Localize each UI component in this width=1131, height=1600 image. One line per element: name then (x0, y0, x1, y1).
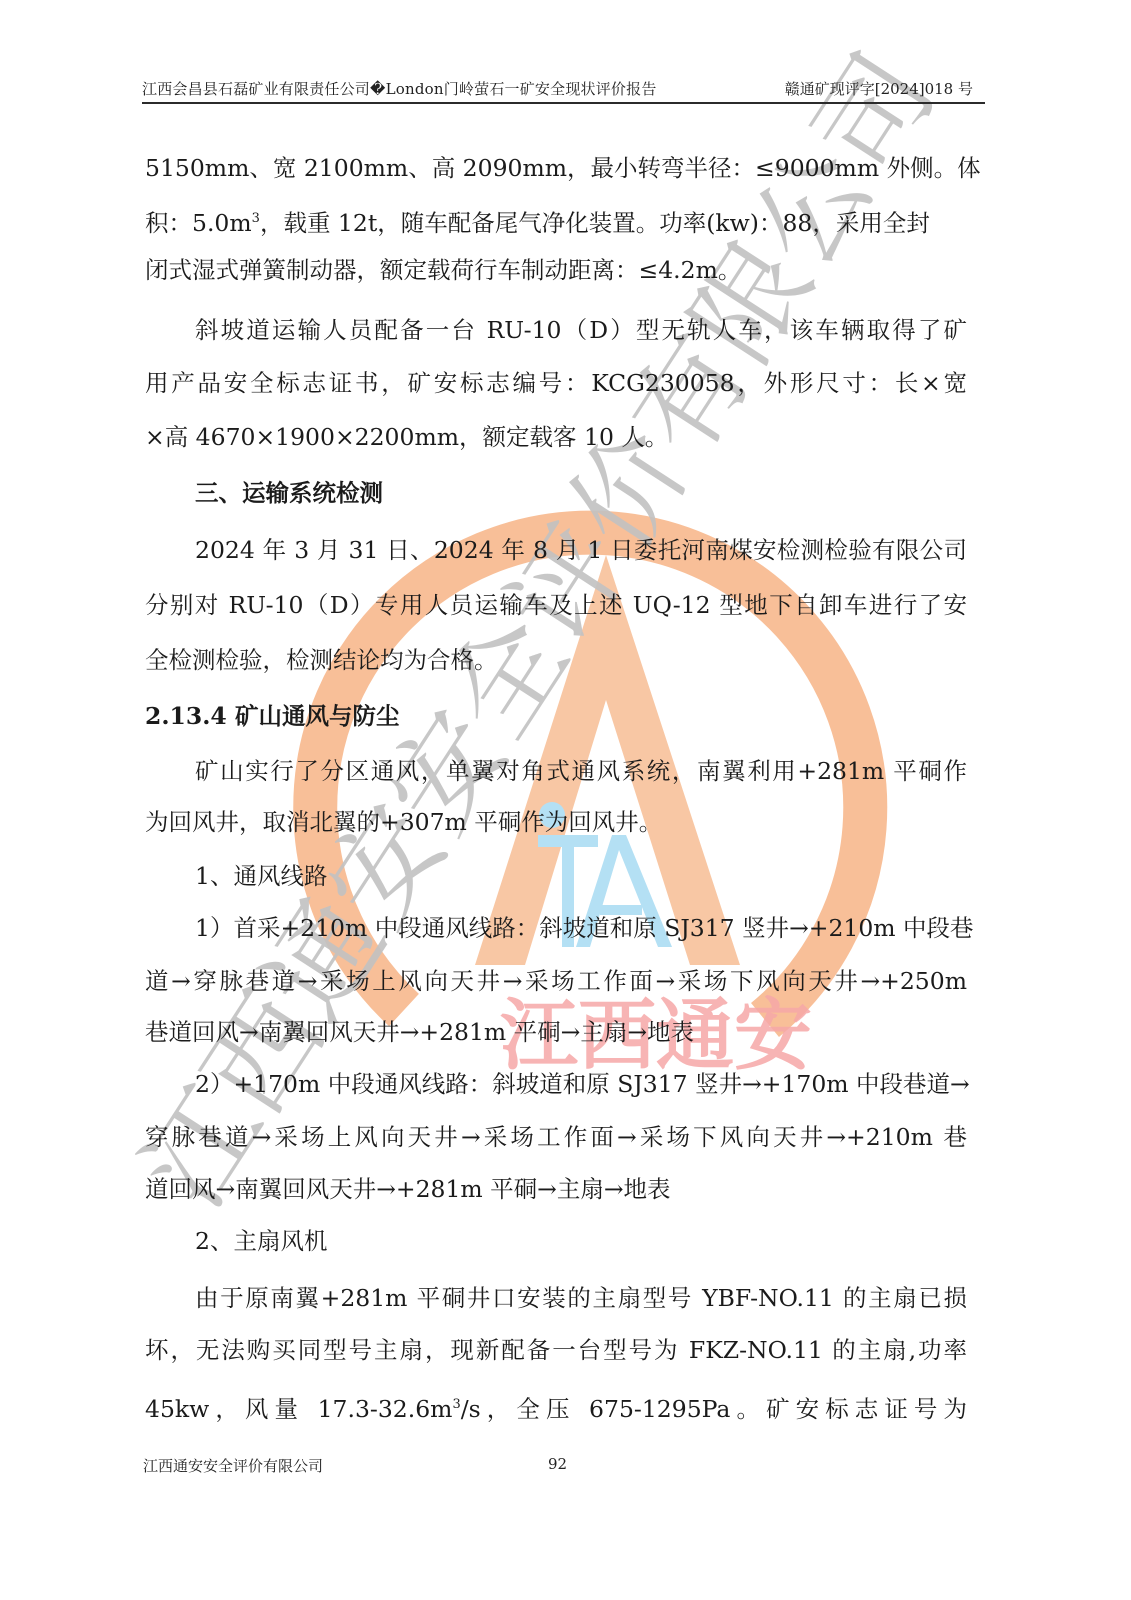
paragraph-line: 由于原南翼+281m 平硐井口安装的主扇型号 YBF-NO.11 的主扇已损 (195, 1283, 967, 1313)
paragraph-line: ×高 4670×1900×2200mm，额定载客 10 人。 (145, 422, 967, 452)
paragraph-line: 2024 年 3 月 31 日、2024 年 8 月 1 日委托河南煤安检测检验… (195, 535, 967, 565)
document-page: 江西通安 江西通安安全评价有限公司 江西会昌县石磊矿业有限责任公司�London… (0, 0, 1131, 1600)
paragraph-line: 分别对 RU-10（D）专用人员运输车及上述 UQ-12 型地下自卸车进行了安 (145, 590, 967, 620)
paragraph-line: 道回风→南翼回风天井→+281m 平硐→主扇→地表 (145, 1174, 967, 1204)
paragraph-line: 5150mm、宽 2100mm、高 2090mm，最小转弯半径：≤9000mm … (145, 153, 967, 183)
footer-company: 江西通安安全评价有限公司 (143, 1455, 323, 1476)
paragraph-line: 全检测检验，检测结论均为合格。 (145, 645, 967, 675)
paragraph-line: 穿脉巷道→采场上风向天井→采场工作面→采场下风向天井→+210m 巷 (145, 1122, 967, 1152)
paragraph-line: 道→穿脉巷道→采场上风向天井→采场工作面→采场下风向天井→+250m (145, 966, 967, 996)
superscript: 3 (452, 1397, 460, 1412)
paragraph-line: 1）首采+210m 中段通风线路：斜坡道和原 SJ317 竖井→+210m 中段… (195, 913, 967, 943)
text-run: /s，全压 675-1295Pa。矿安标志证号为 (461, 1395, 967, 1423)
paragraph-line: 45kw，风量 17.3-32.6m3/s，全压 675-1295Pa。矿安标志… (145, 1390, 967, 1424)
paragraph-line: 巷道回风→南翼回风天井→+281m 平硐→主扇→地表 (145, 1017, 967, 1047)
section-heading: 2.13.4 矿山通风与防尘 (145, 701, 967, 731)
superscript: 3 (252, 211, 260, 226)
paragraph-line: 坏，无法购买同型号主扇，现新配备一台型号为 FKZ-NO.11 的主扇,功率 (145, 1335, 967, 1365)
report-title: 江西会昌县石磊矿业有限责任公司�London门岭萤石一矿安全现状评价报告 (142, 78, 657, 99)
paragraph-line: 闭式湿式弹簧制动器，额定载荷行车制动距离：≤4.2m。 (145, 255, 967, 285)
paragraph-line: 积：5.0m3，载重 12t，随车配备尾气净化装置。功率(kw)：88，采用全封 (145, 204, 967, 238)
text-run: ，载重 12t，随车配备尾气净化装置。功率(kw)：88，采用全封 (260, 209, 930, 237)
header-divider (142, 102, 985, 104)
paragraph-line: 斜坡道运输人员配备一台 RU-10（D）型无轨人车，该车辆取得了矿 (195, 315, 967, 345)
subsection-heading: 2、主扇风机 (195, 1226, 967, 1256)
paragraph-line: 为回风井，取消北翼的+307m 平硐作为回风井。 (145, 807, 967, 837)
section-heading: 三、运输系统检测 (195, 478, 967, 508)
document-number: 赣通矿现评字[2024]018 号 (785, 78, 973, 99)
paragraph-line: 用产品安全标志证书，矿安标志编号：KCG230058，外形尺寸：长×宽 (145, 368, 967, 398)
page-number: 92 (548, 1455, 567, 1473)
text-run: 积：5.0m (145, 209, 252, 237)
paragraph-line: 2）+170m 中段通风线路：斜坡道和原 SJ317 竖井→+170m 中段巷道… (195, 1069, 967, 1099)
page-header: 江西会昌县石磊矿业有限责任公司�London门岭萤石一矿安全现状评价报告 赣通矿… (142, 76, 985, 102)
subsection-heading: 1、通风线路 (195, 861, 967, 891)
paragraph-line: 矿山实行了分区通风，单翼对角式通风系统，南翼利用+281m 平硐作 (195, 756, 967, 786)
text-run: 45kw，风量 17.3-32.6m (145, 1395, 452, 1423)
